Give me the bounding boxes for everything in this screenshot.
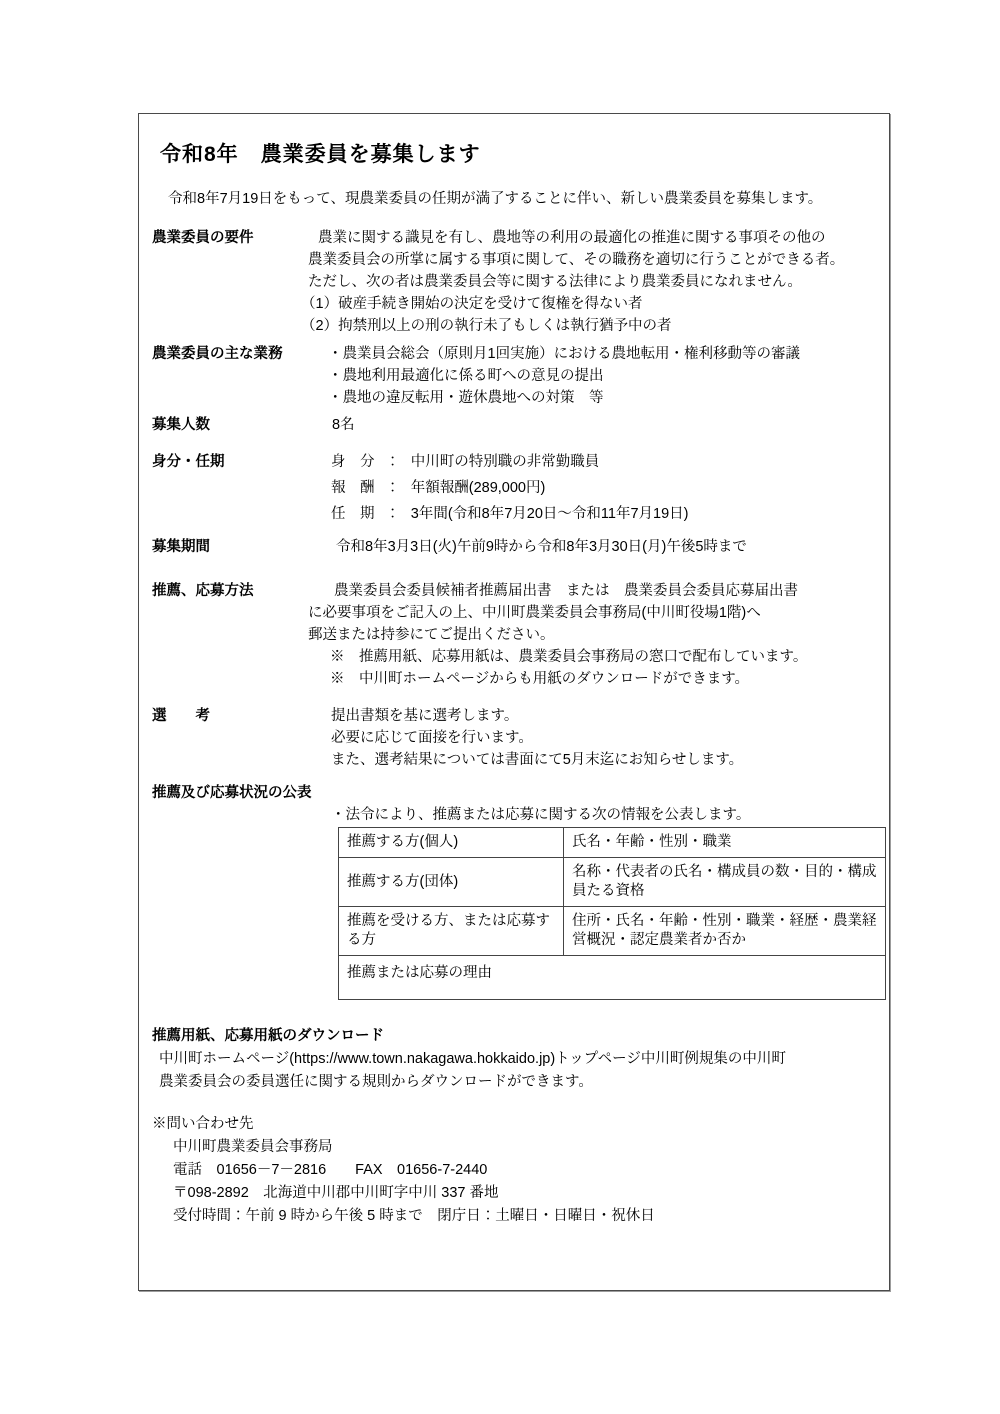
text-line: 農業に関する識見を有し、農地等の利用の最適化の推進に関する事項その他の — [308, 227, 871, 249]
text-line: また、選考結果については書面にて5月末迄にお知らせします。 — [331, 749, 871, 771]
section-publication: 推薦及び応募状況の公表 ・法令により、推薦または応募に関する次の情報を公表します… — [152, 782, 871, 1000]
intro-text: 令和8年7月19日をもって、現農業委員の任期が満了することに伴い、新しい農業委員… — [168, 188, 871, 210]
section-duties: 農業委員の主な業務 ・農業員会総会（原則月1回実施）における農地転用・権利移動等… — [152, 343, 871, 409]
text-line: ただし、次の者は農業委員会等に関する法律により農業委員になれません。 — [308, 271, 871, 293]
section-label: 選 考 — [152, 705, 308, 771]
table-cell-subject: 推薦する方(個人) — [339, 828, 564, 858]
section-label: 身分・任期 — [152, 449, 308, 527]
table-cell-subject: 推薦する方(団体) — [339, 858, 564, 907]
section-content: 提出書類を基に選考します。 必要に応じて面接を行います。 また、選考結果について… — [308, 705, 871, 771]
page-title: 令和8年 農業委員を募集します — [160, 142, 871, 168]
contact-header: ※問い合わせ先 — [152, 1113, 871, 1136]
section-label: 推薦、応募方法 — [152, 580, 308, 690]
section-content: 身 分 ： 中川町の特別職の非常勤職員 報 酬 ： 年額報酬(289,000円)… — [308, 449, 871, 527]
table-row: 推薦する方(個人) 氏名・年齢・性別・職業 — [339, 828, 886, 858]
text-line: 必要に応じて面接を行います。 — [331, 727, 871, 749]
publication-table: 推薦する方(個人) 氏名・年齢・性別・職業 推薦する方(団体) 名称・代表者の氏… — [338, 827, 886, 1000]
text-line: （2）拘禁刑以上の刑の執行未了もしくは執行猶予中の者 — [301, 315, 871, 337]
section-content: 令和8年3月3日(火)午前9時から令和8年3月30日(月)午後5時まで — [308, 536, 871, 558]
table-cell-items: 名称・代表者の氏名・構成員の数・目的・構成員たる資格 — [564, 858, 886, 907]
text-line: 身 分 ： 中川町の特別職の非常勤職員 — [331, 449, 871, 475]
text-line: 中川町ホームページ(https://www.town.nakagawa.hokk… — [159, 1048, 871, 1071]
text-line: 提出書類を基に選考します。 — [331, 705, 871, 727]
table-cell-reason: 推薦または応募の理由 — [339, 956, 886, 1000]
contact-address: 〒098-2892 北海道中川郡中川町字中川 337 番地 — [173, 1182, 871, 1205]
section-requirements: 農業委員の要件 農業に関する識見を有し、農地等の利用の最適化の推進に関する事項そ… — [152, 227, 871, 337]
table-row: 推薦または応募の理由 — [339, 956, 886, 1000]
text-line: ・農業員会総会（原則月1回実施）における農地転用・権利移動等の審議 — [328, 343, 871, 365]
contact-body: 中川町農業委員会事務局 電話 01656－7－2816 FAX 01656-7-… — [173, 1136, 871, 1228]
section-selection: 選 考 提出書類を基に選考します。 必要に応じて面接を行います。 また、選考結果… — [152, 705, 871, 771]
download-header: 推薦用紙、応募用紙のダウンロード — [152, 1025, 871, 1048]
section-label: 農業委員の主な業務 — [152, 343, 308, 409]
contact-office: 中川町農業委員会事務局 — [173, 1136, 871, 1159]
text-line: 8名 — [332, 414, 871, 436]
section-content: 農業委員会委員候補者推薦届出書 または 農業委員会委員応募届出書 に必要事項をご… — [308, 580, 871, 690]
section-headcount: 募集人数 8名 — [152, 414, 871, 436]
section-application-method: 推薦、応募方法 農業委員会委員候補者推薦届出書 または 農業委員会委員応募届出書… — [152, 580, 871, 690]
publication-note: ・法令により、推薦または応募に関する次の情報を公表します。 — [331, 804, 871, 826]
text-line: 農業委員会の委員選任に関する規則からダウンロードができます。 — [159, 1071, 871, 1094]
table-row: 推薦を受ける方、または応募する方 住所・氏名・年齢・性別・職業・経歴・農業経営概… — [339, 907, 886, 956]
section-status-term: 身分・任期 身 分 ： 中川町の特別職の非常勤職員 報 酬 ： 年額報酬(289… — [152, 449, 871, 527]
text-line: （1）破産手続き開始の決定を受けて復権を得ない者 — [301, 293, 871, 315]
contact-hours: 受付時間：午前 9 時から午後 5 時まで 閉庁日：土曜日・日曜日・祝休日 — [173, 1205, 871, 1228]
section-contact: ※問い合わせ先 中川町農業委員会事務局 電話 01656－7－2816 FAX … — [152, 1113, 871, 1228]
section-label: 農業委員の要件 — [152, 227, 308, 337]
section-application-period: 募集期間 令和8年3月3日(火)午前9時から令和8年3月30日(月)午後5時まで — [152, 536, 871, 558]
text-line: ※ 中川町ホームページからも用紙のダウンロードができます。 — [308, 668, 871, 690]
publication-header: 推薦及び応募状況の公表 — [152, 782, 871, 804]
text-line: 任 期 ： 3年間(令和8年7月20日～令和11年7月19日) — [331, 501, 871, 527]
section-content: 8名 — [308, 414, 871, 436]
text-line: 報 酬 ： 年額報酬(289,000円) — [331, 475, 871, 501]
document-page: 令和8年 農業委員を募集します 令和8年7月19日をもって、現農業委員の任期が満… — [138, 113, 890, 1291]
download-body: 中川町ホームページ(https://www.town.nakagawa.hokk… — [159, 1048, 871, 1094]
text-line: 郵送または持参にてご提出ください。 — [308, 624, 871, 646]
section-content: ・農業員会総会（原則月1回実施）における農地転用・権利移動等の審議 ・農地利用最… — [308, 343, 871, 409]
text-line: ※ 推薦用紙、応募用紙は、農業委員会事務局の窓口で配布しています。 — [308, 646, 871, 668]
contact-phone-fax: 電話 01656－7－2816 FAX 01656-7-2440 — [173, 1159, 871, 1182]
table-cell-items: 住所・氏名・年齢・性別・職業・経歴・農業経営概況・認定農業者か否か — [564, 907, 886, 956]
text-line: 農業委員会の所掌に属する事項に関して、その職務を適切に行うことができる者。 — [308, 249, 871, 271]
section-label: 募集人数 — [152, 414, 308, 436]
table-cell-items: 氏名・年齢・性別・職業 — [564, 828, 886, 858]
text-line: 令和8年3月3日(火)午前9時から令和8年3月30日(月)午後5時まで — [336, 536, 871, 558]
document-canvas: { "title": "令和8年 農業委員を募集します", "intro": "… — [0, 0, 1000, 1414]
section-download: 推薦用紙、応募用紙のダウンロード 中川町ホームページ(https://www.t… — [152, 1025, 871, 1094]
text-line: 農業委員会委員候補者推薦届出書 または 農業委員会委員応募届出書 — [308, 580, 871, 602]
text-line: ・農地利用最適化に係る町への意見の提出 — [328, 365, 871, 387]
section-label: 募集期間 — [152, 536, 308, 558]
section-content: 農業に関する識見を有し、農地等の利用の最適化の推進に関する事項その他の 農業委員… — [308, 227, 871, 337]
table-cell-subject: 推薦を受ける方、または応募する方 — [339, 907, 564, 956]
text-line: ・農地の違反転用・遊休農地への対策 等 — [328, 387, 871, 409]
table-row: 推薦する方(団体) 名称・代表者の氏名・構成員の数・目的・構成員たる資格 — [339, 858, 886, 907]
text-line: に必要事項をご記入の上、中川町農業委員会事務局(中川町役場1階)へ — [308, 602, 871, 624]
